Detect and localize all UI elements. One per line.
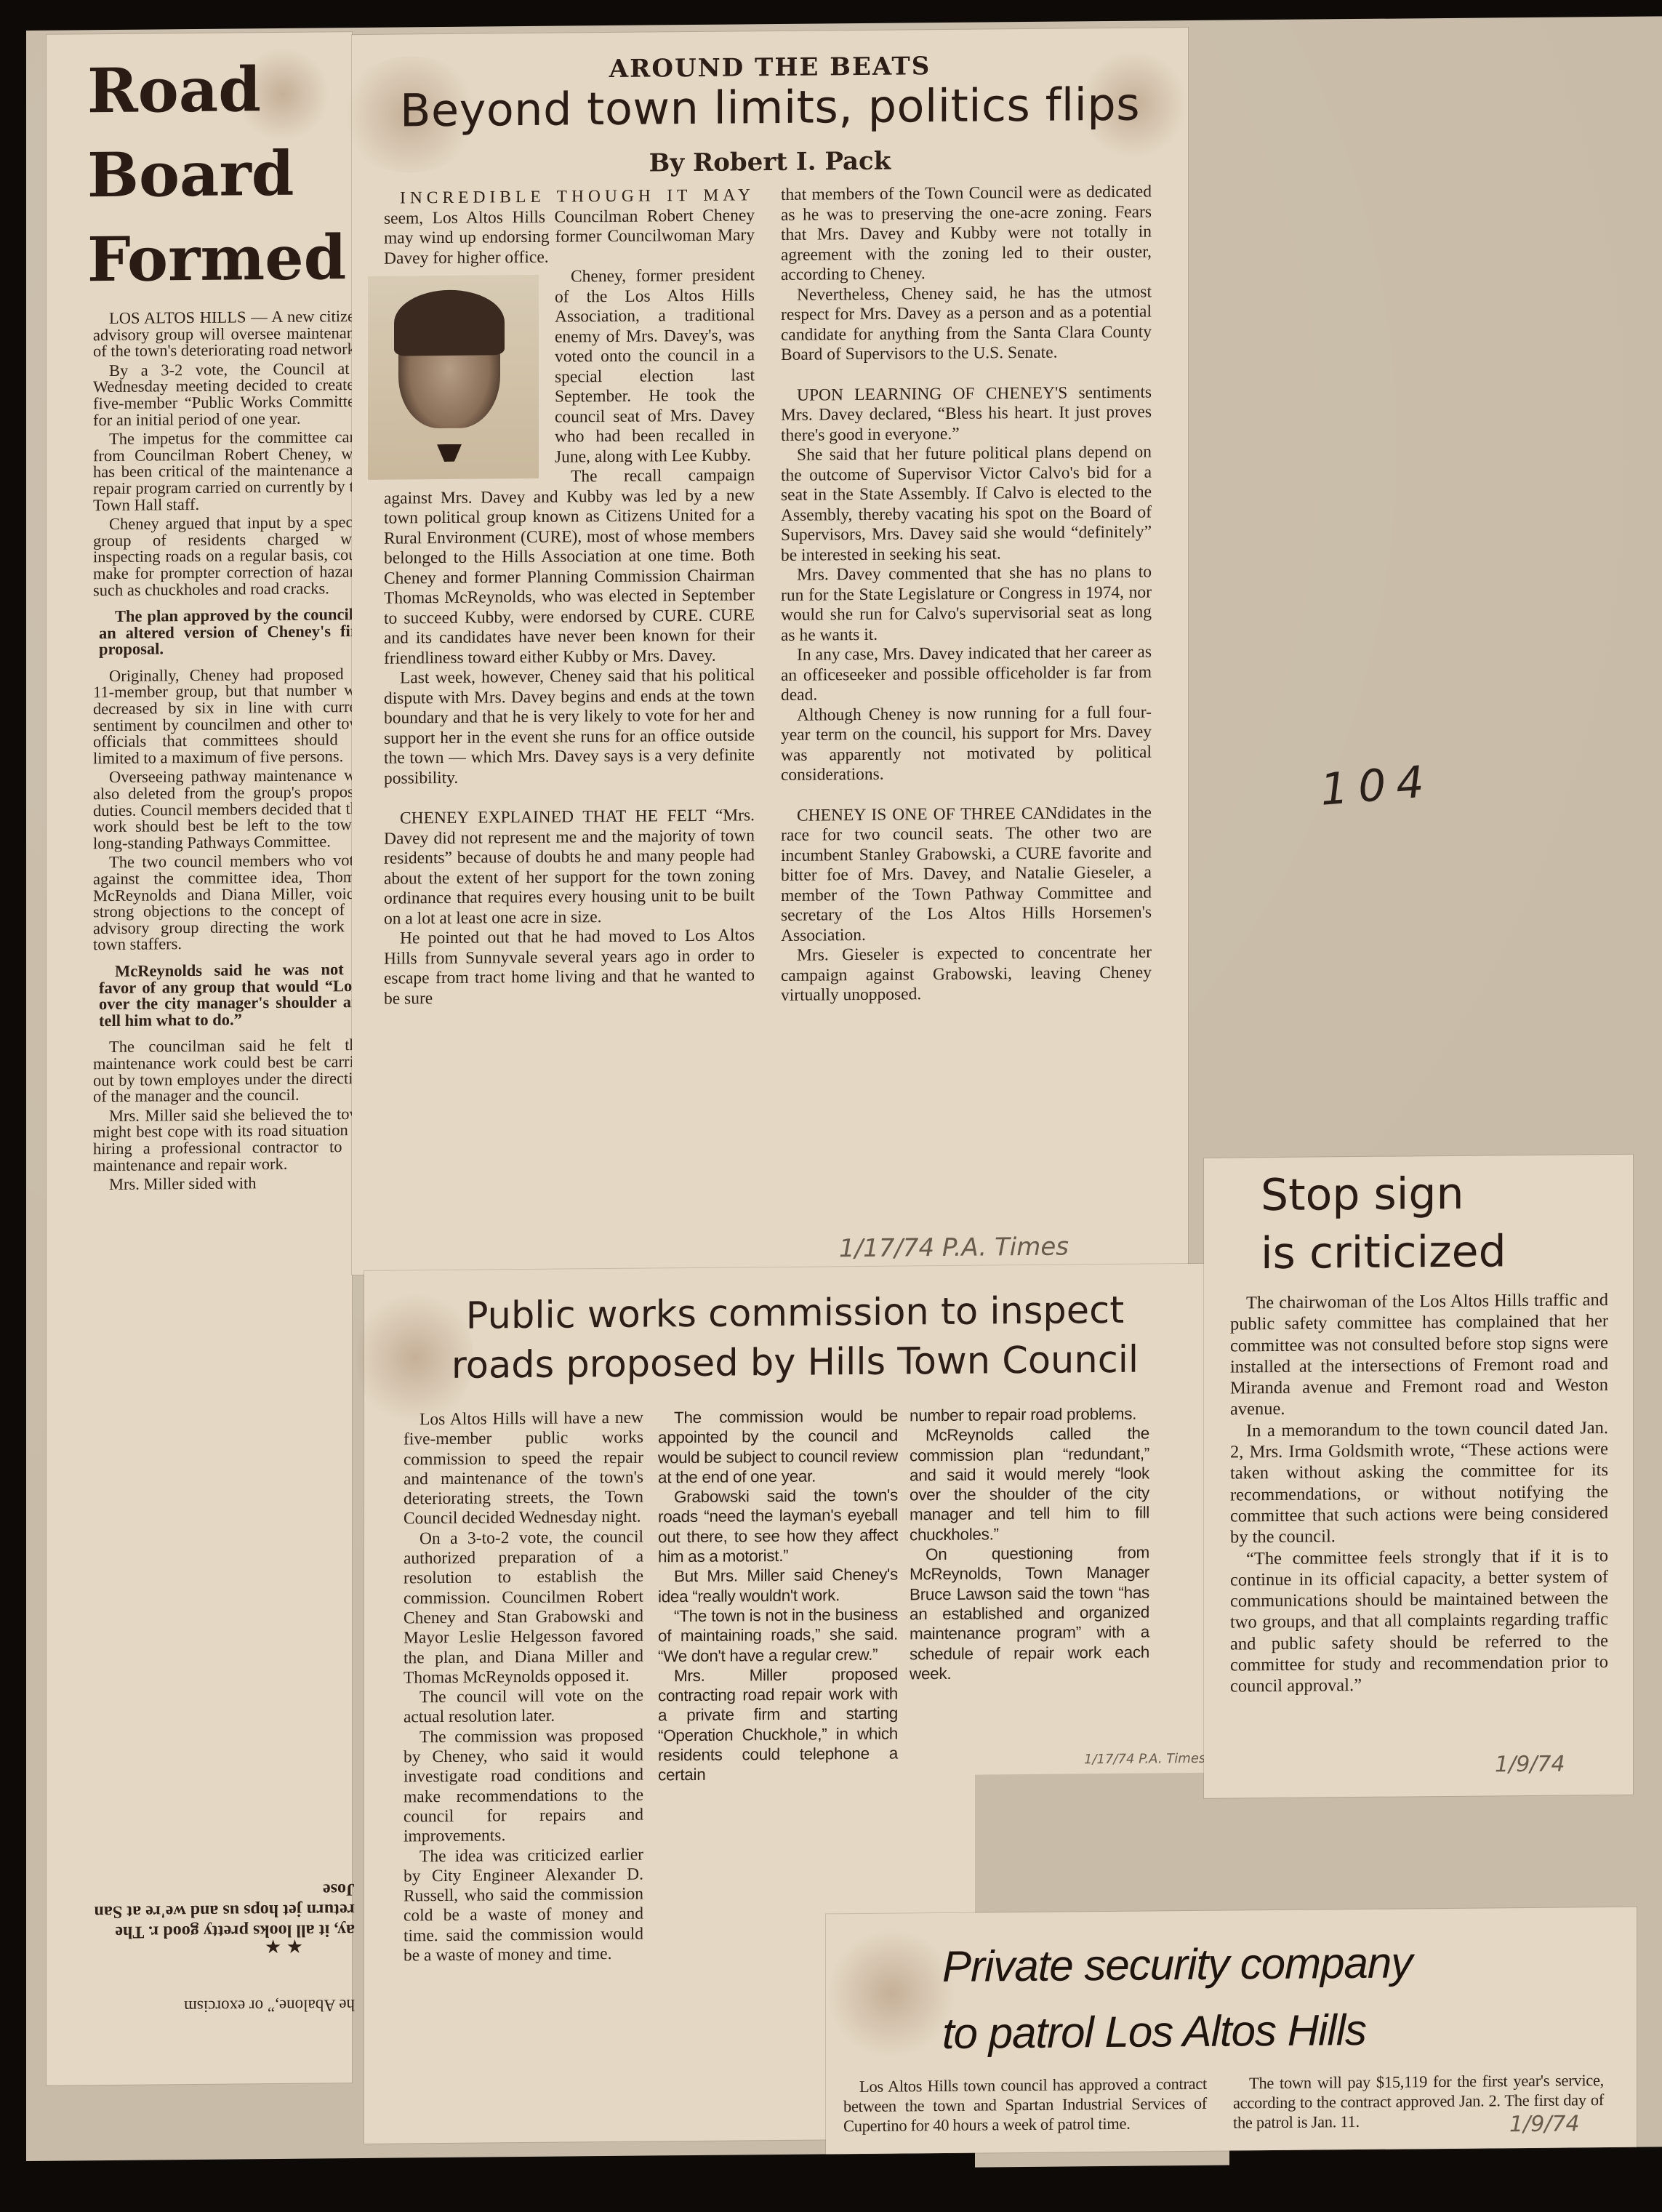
- handwritten-page-number: 104: [1319, 756, 1436, 816]
- bold-paragraph: McReynolds said he was not in favor of a…: [99, 961, 369, 1030]
- paragraph: She said that her future political plans…: [781, 442, 1152, 565]
- paragraph: On a 3-to-2 vote, the council authorized…: [404, 1527, 643, 1688]
- paragraph: The council will vote on the actual reso…: [404, 1686, 643, 1728]
- paragraph: On questioning from McReynolds, Town Man…: [910, 1543, 1149, 1684]
- article-column-1: INCREDIBLE THOUGH IT MAY seem, Los Altos…: [384, 185, 755, 1009]
- upside-down-fragment: ay, it all looks pretty good r. The retu…: [79, 1879, 355, 1942]
- paragraph: CHENEY EXPLAINED THAT HE FELT “Mrs. Dave…: [384, 806, 755, 929]
- paragraph: Nevertheless, Cheney said, he has the ut…: [781, 282, 1152, 365]
- paragraph: number to repair road problems.: [910, 1404, 1149, 1426]
- paragraph: Grabowski said the town's roads “need th…: [658, 1486, 898, 1567]
- paragraph: McReynolds called the commission plan “r…: [910, 1424, 1149, 1545]
- clipping-stop-sign-criticized: Stop sign is criticized The chairwoman o…: [1204, 1155, 1633, 1798]
- paragraph: Mrs. Davey commented that she has no pla…: [781, 562, 1152, 645]
- paragraph: Last week, however, Cheney said that his…: [384, 665, 755, 788]
- paragraph: “The town is not in the business of main…: [658, 1605, 898, 1667]
- stain: [826, 1928, 957, 2060]
- handwritten-date-note: 1/9/74: [1495, 1752, 1565, 1778]
- clipping-road-board-formed: Road Board Formed LOS ALTOS HILLS — A ne…: [47, 32, 352, 2085]
- paragraph: The impetus for the committee came from …: [93, 429, 369, 513]
- paragraph: The commission was proposed by Cheney, w…: [404, 1726, 643, 1847]
- article-column-1: Los Altos Hills will have a new five-mem…: [404, 1408, 643, 1966]
- headline: Road Board Formed: [87, 47, 346, 302]
- handwritten-date-note: 1/17/74 P.A. Times: [839, 1232, 1069, 1263]
- paragraph: By a 3-2 vote, the Council at a Wednesda…: [93, 361, 369, 429]
- paragraph: The commission would be appointed by the…: [658, 1406, 898, 1488]
- paragraph: Mrs. Gieseler is expected to concentrate…: [781, 942, 1152, 1006]
- paragraph: LOS ALTOS HILLS — A new citizens advisor…: [93, 308, 369, 360]
- article-column-2: The commission would be appointed by the…: [658, 1406, 898, 1786]
- bold-paragraph: The plan approved by the council is an a…: [99, 606, 369, 658]
- headline: Public works commission to inspect roads…: [364, 1286, 1226, 1392]
- article-body: LOS ALTOS HILLS — A new citizens advisor…: [93, 308, 369, 1196]
- paragraph: Mrs. Miller proposed contracting road re…: [658, 1664, 898, 1785]
- paragraph: Mrs. Miller sided with: [93, 1174, 369, 1193]
- paragraph: Originally, Cheney had proposed an 11-me…: [93, 666, 369, 767]
- article-body: The chairwoman of the Los Altos Hills tr…: [1230, 1289, 1608, 1697]
- lead-in: INCREDIBLE THOUGH IT MAY: [400, 185, 755, 207]
- paragraph: The chairwoman of the Los Altos Hills tr…: [1230, 1289, 1608, 1420]
- byline: By Robert I. Pack: [352, 144, 1188, 180]
- article-column-3: number to repair road problems. McReynol…: [910, 1404, 1149, 1684]
- paragraph: UPON LEARNING OF CHENEY'S sentiments Mrs…: [781, 382, 1152, 446]
- headline: Stop sign is criticized: [1261, 1164, 1506, 1283]
- paragraph: The idea was criticized earlier by City …: [404, 1845, 643, 1966]
- paragraph: “The committee feels strongly that if it…: [1230, 1545, 1608, 1698]
- paragraph: Cheney argued that input by a special gr…: [93, 514, 369, 598]
- headline: Private security company to patrol Los A…: [942, 1929, 1412, 2067]
- article-column-1: Los Altos Hills town council has approve…: [843, 2074, 1207, 2136]
- portrait-photo: [368, 275, 539, 480]
- clipping-around-the-beats: AROUND THE BEATS Beyond town limits, pol…: [352, 28, 1188, 1275]
- paragraph: The recall campaign against Mrs. Davey a…: [384, 465, 755, 668]
- paragraph: that members of the Town Council were as…: [781, 182, 1152, 285]
- star-icon: ★ ★: [265, 1936, 303, 1958]
- paragraph: The two council members who voted agains…: [93, 852, 369, 953]
- handwritten-date-note: 1/17/74 P.A. Times: [1084, 1751, 1205, 1767]
- clipping-private-security-company: Private security company to patrol Los A…: [826, 1907, 1637, 2155]
- paragraph: Mrs. Miller said she believed the town m…: [93, 1106, 369, 1174]
- headline: Beyond town limits, politics flips: [352, 77, 1188, 137]
- paragraph: CHENEY IS ONE OF THREE CANdidates in the…: [781, 803, 1152, 946]
- paragraph: But Mrs. Miller said Cheney's idea “real…: [658, 1565, 898, 1606]
- paragraph: Overseeing pathway maintenance was also …: [93, 767, 369, 851]
- paragraph: Los Altos Hills town council has approve…: [843, 2074, 1207, 2136]
- paragraph: In a memorandum to the town council date…: [1230, 1417, 1608, 1548]
- scrapbook-page: Road Board Formed LOS ALTOS HILLS — A ne…: [26, 16, 1662, 2161]
- paragraph: He pointed out that he had moved to Los …: [384, 926, 755, 1009]
- paragraph: Although Cheney is now running for a ful…: [781, 702, 1152, 785]
- handwritten-date-note: 1/9/74: [1509, 2111, 1580, 2137]
- paragraph: The councilman said he felt that mainten…: [93, 1037, 369, 1105]
- upside-down-fragment: he Abalone,” or exorcism: [79, 1995, 355, 2016]
- paragraph: In any case, Mrs. Davey indicated that h…: [781, 642, 1152, 705]
- paragraph: Los Altos Hills will have a new five-mem…: [404, 1408, 643, 1530]
- article-column-2: that members of the Town Council were as…: [781, 182, 1152, 1006]
